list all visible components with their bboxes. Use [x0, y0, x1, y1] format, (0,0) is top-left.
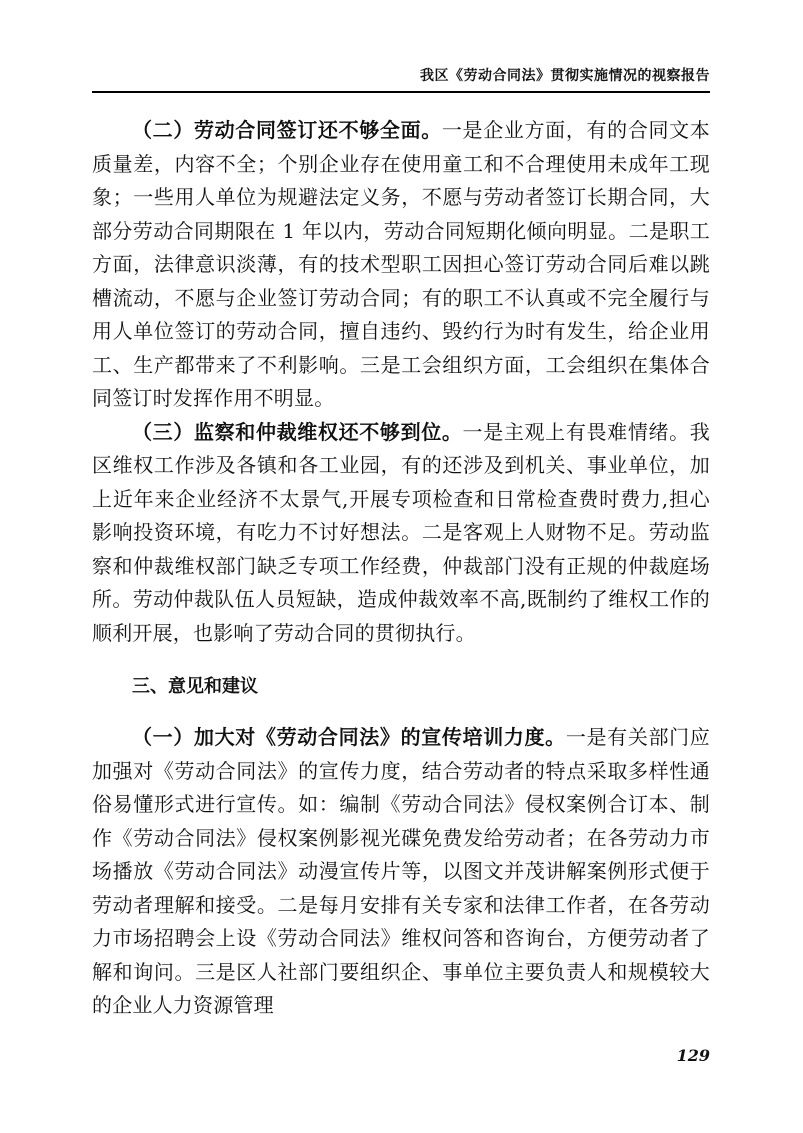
paragraph-heading: （二）劳动合同签订还不够全面。 — [132, 118, 442, 142]
paragraph-text: 一是主观上有畏难情绪。我区维权工作涉及各镇和各工业园，有的还涉及到机关、事业单位… — [92, 420, 710, 645]
paragraph-heading: （三）监察和仲裁维权还不够到位。 — [132, 420, 463, 444]
document-body: （二）劳动合同签订还不够全面。一是企业方面，有的合同文本质量差，内容不全；个别企… — [92, 114, 710, 1023]
running-header-title: 我区《劳动合同法》贯彻实施情况的视察报告 — [92, 66, 710, 86]
header-divider — [92, 91, 710, 93]
page-number: 129 — [677, 1046, 710, 1065]
paragraph-text: 一是企业方面，有的合同文本质量差，内容不全；个别企业存在使用童工和不合理使用未成… — [92, 118, 710, 410]
paragraph-supervision-arbitration: （三）监察和仲裁维权还不够到位。一是主观上有畏难情绪。我区维权工作涉及各镇和各工… — [92, 416, 710, 651]
paragraph-publicity-training: （一）加大对《劳动合同法》的宣传培训力度。一是有关部门应加强对《劳动合同法》的宣… — [92, 721, 710, 1023]
paragraph-contract-signing: （二）劳动合同签订还不够全面。一是企业方面，有的合同文本质量差，内容不全；个别企… — [92, 114, 710, 416]
paragraph-heading: （一）加大对《劳动合同法》的宣传培训力度。 — [132, 725, 566, 749]
paragraph-text: 一是有关部门应加强对《劳动合同法》的宣传力度，结合劳动者的特点采取多样性通俗易懂… — [92, 725, 710, 1017]
section-heading: 三、意见和建议 — [92, 670, 710, 703]
